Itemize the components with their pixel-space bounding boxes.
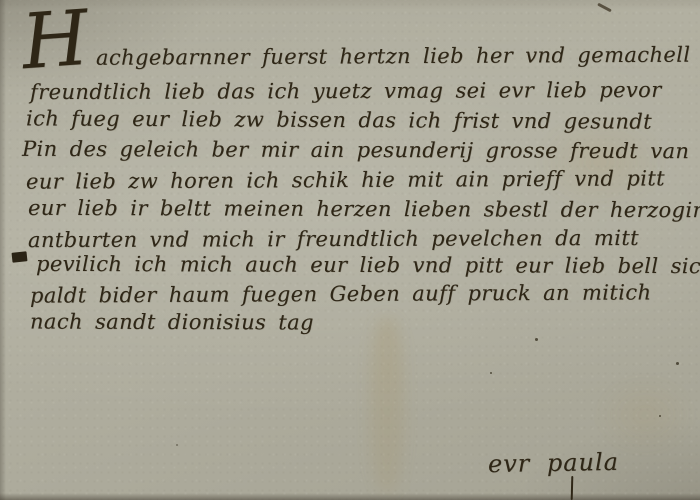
letter-line-4: Pin des geleich ber mir ain pesunderij g… <box>22 137 689 163</box>
manuscript-letter-photo: H achgebarnner fuerst hertzn lieb her vn… <box>0 0 700 500</box>
ink-speck <box>176 444 178 446</box>
ink-speck <box>535 338 538 341</box>
paper-stain-lower <box>595 375 695 455</box>
ink-speck <box>490 372 492 374</box>
letter-line-3: ich fueg eur lieb zw bissen das ich fris… <box>26 106 652 133</box>
letter-line-10: nach sandt dionisius tag <box>30 310 314 335</box>
decorative-initial-letter: H <box>19 0 90 80</box>
paper-stain-streak <box>370 318 404 493</box>
letter-line-2: freundtlich lieb das ich yuetz vmag sei … <box>30 78 662 104</box>
letter-line-5: eur lieb zw horen ich schik hie mit ain … <box>26 166 665 193</box>
letter-line-8: pevilich ich mich auch eur lieb vnd pitt… <box>36 252 700 278</box>
letter-line-9: paldt bider haum fuegen Geben auff pruck… <box>30 280 652 307</box>
margin-paragraph-mark <box>12 251 28 263</box>
ink-speck-top-right <box>597 3 612 13</box>
letter-line-6: eur lieb ir beltt meinen herzen lieben s… <box>28 196 700 222</box>
signature: evr paula <box>488 448 619 478</box>
letter-line-7: antburten vnd mich ir freundtlich pevelc… <box>28 226 639 252</box>
signature-descender-stroke <box>571 476 574 500</box>
ink-speck <box>676 362 679 365</box>
ink-speck <box>659 415 661 417</box>
letter-line-1: achgebarnner fuerst hertzn lieb her vnd … <box>96 42 700 69</box>
